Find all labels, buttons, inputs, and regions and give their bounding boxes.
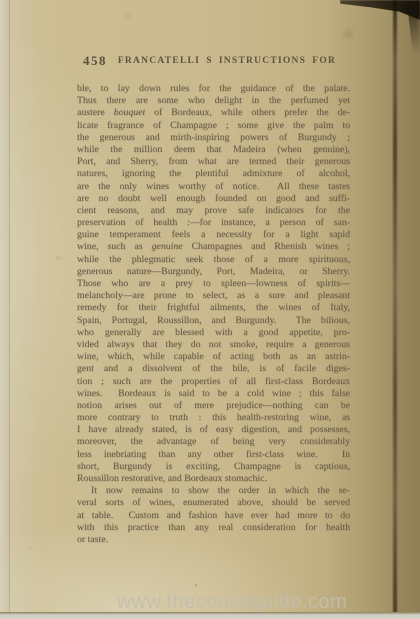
text-line: or taste. (77, 534, 350, 546)
left-page-edge (0, 0, 10, 619)
text-line: Roussillon restorative, and Bordeaux sto… (77, 473, 350, 485)
text-line: short, Burgundy is exciting, Champagne i… (77, 461, 350, 473)
right-page-edge (397, 0, 420, 619)
text-line: I have already stated, is of easy digest… (77, 424, 350, 436)
text-line: with this practice than any real conside… (77, 522, 350, 534)
text-line: more contrary to truth : this health-res… (77, 412, 350, 424)
text-line: at table. Custom and fashion have ever h… (77, 510, 350, 522)
text-line: notion arises out of mere prejudice—noth… (77, 400, 350, 412)
text-line: preservation of health :—for instance, a… (77, 217, 350, 229)
text-line: veral sorts of wines, enumerated above, … (77, 497, 350, 509)
text-line: vided always that they do not smoke, req… (77, 339, 350, 351)
text-line: wine, such as genuine Champagnes and Rhe… (77, 241, 350, 253)
text-line: licate fragrance of Champagne ; some giv… (77, 120, 350, 132)
italic-text: genuine (152, 241, 183, 252)
body-text: ble, to lay down rules for the guidance … (77, 83, 350, 546)
binding-crease (393, 0, 397, 619)
text-line: Thus there are some who delight in the p… (77, 95, 350, 107)
bottom-scan-edge (0, 612, 420, 619)
text-line: generous nature—Burgundy, Port, Madeira,… (77, 266, 350, 278)
text-line: ble, to lay down rules for the guidance … (77, 83, 350, 95)
text-line: the generous and mirth-inspiring powers … (77, 132, 350, 144)
text-line: remedy for their frightful ailments, the… (77, 302, 350, 314)
text-segment: wine, such as (77, 241, 152, 252)
text-line: are no doubt well enough founded on good… (77, 193, 350, 205)
text-line: moreover, the advantage of being very co… (77, 436, 350, 448)
text-line: cient reasons, and may prove safe indica… (77, 205, 350, 217)
text-line: Those who are a prey to spleen—lowness o… (77, 278, 350, 290)
text-line: who generally are blessed with a good ap… (77, 327, 350, 339)
italic-text: bouquet (114, 107, 146, 118)
text-line: Port, and Sherry, from what are termed t… (77, 156, 350, 168)
text-line: natures, ignoring the plentiful admixtur… (77, 168, 350, 180)
text-segment: of Bordeaux, while others prefer the de- (145, 107, 350, 118)
text-line: are the only wines worthy of notice. All… (77, 181, 350, 193)
text-line: gent and a dissolvent of the bile, is of… (77, 363, 350, 375)
text-line: guine temperament feels a necessity for … (77, 229, 350, 241)
text-line: wines. Bordeaux is said to be a cold win… (77, 388, 350, 400)
text-line: austere bouquet of Bordeaux, while other… (77, 107, 350, 119)
text-line: wine, which, while capable of acting bot… (77, 351, 350, 363)
text-line: Spain, Portugal, Roussillon, and Burgund… (77, 315, 350, 327)
running-title: FRANCATELLI S INSTRUCTIONS FOR (104, 56, 350, 66)
text-line: melancholy—are prone to select, as a sur… (77, 290, 350, 302)
text-line: less inebriating than any other first-cl… (77, 449, 350, 461)
scanned-book-page: 458 FRANCATELLI S INSTRUCTIONS FOR ble, … (0, 0, 420, 619)
text-line: tion ; such are the properties of all fi… (77, 376, 350, 388)
page-header: 458 FRANCATELLI S INSTRUCTIONS FOR (76, 53, 350, 69)
text-segment: Champagnes and Rhenish wines ; (183, 241, 350, 252)
text-line: while the million deem that Madeira (whe… (77, 144, 350, 156)
text-segment: austere (77, 107, 114, 118)
watermark-text: www.thecooksguide.com (0, 591, 420, 614)
text-line: while the phlegmatic seek those of a mor… (77, 254, 350, 266)
text-line: It now remains to show the order in whic… (77, 485, 350, 497)
